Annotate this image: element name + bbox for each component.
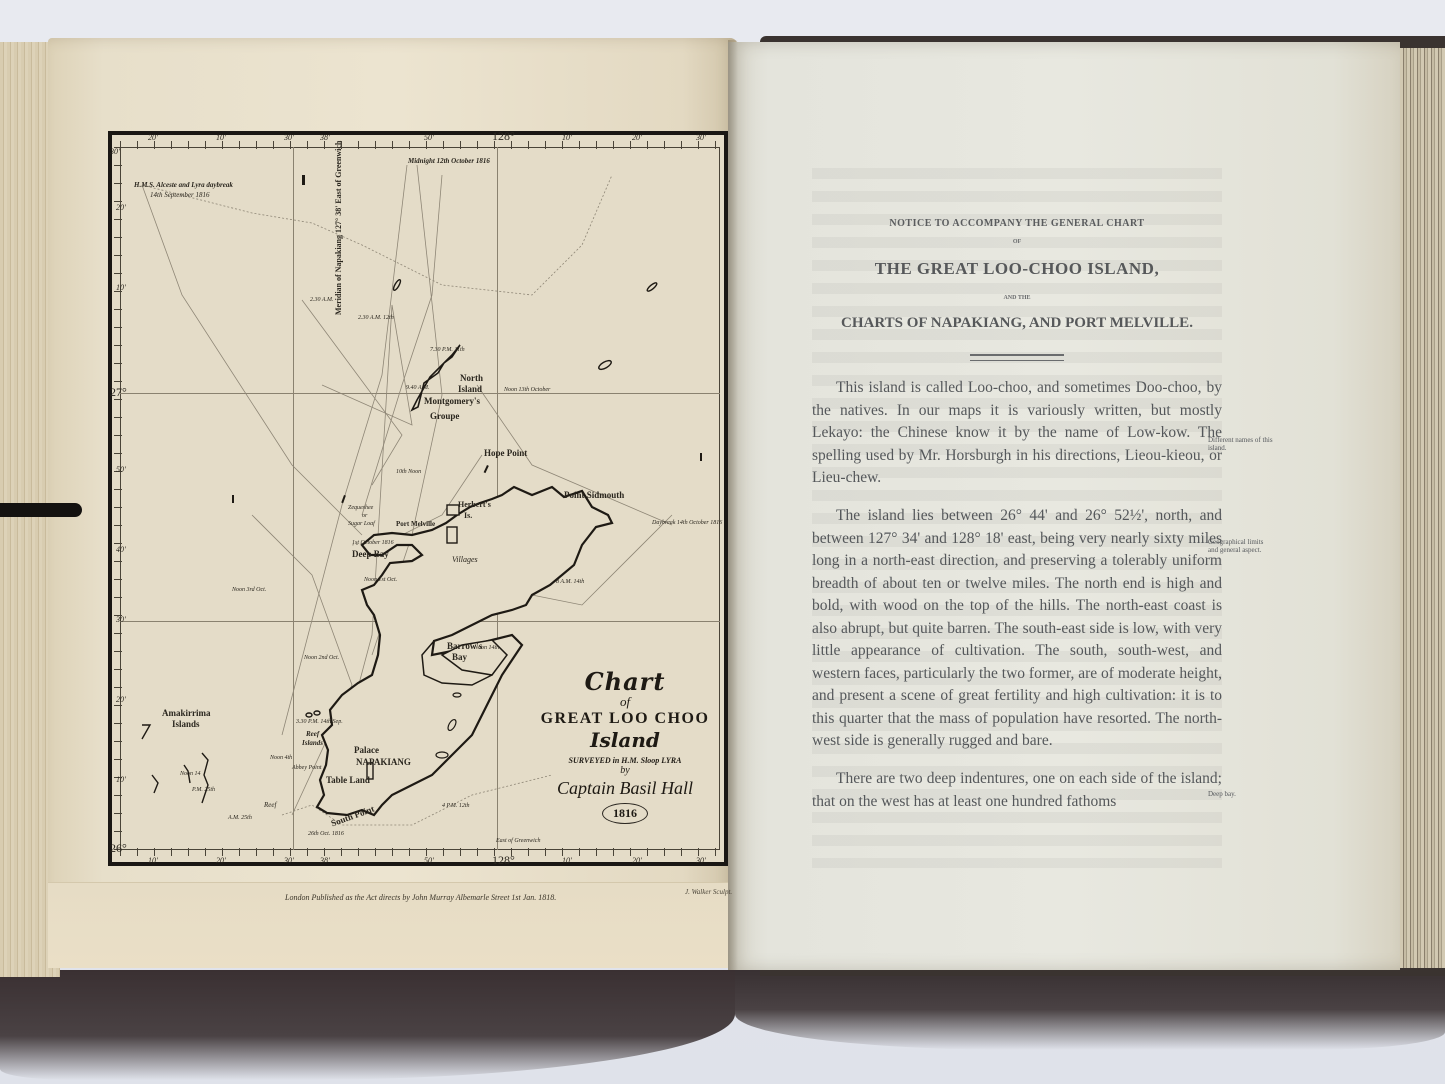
map-label-reef-islands: Reef	[306, 730, 319, 738]
map-label: Noon 3rd Oct.	[232, 587, 266, 593]
book-shadow-left	[0, 970, 735, 1080]
cartouche-chart: Chart	[530, 667, 720, 696]
map-label: 9.40 A.M.	[406, 385, 430, 391]
cartouche-title: GREAT LOO CHOO	[530, 710, 720, 728]
map-label: 14th September 1816	[150, 191, 210, 199]
title-rule	[970, 354, 1064, 361]
map-label: 8 A.M. 14th	[556, 579, 584, 585]
map-label-deep-bay: Deep Bay	[352, 549, 389, 559]
map-label: East of Greenwich	[496, 838, 540, 844]
map-label-amakirrima: Islands	[172, 719, 200, 729]
map-label-barrows-bay: Bay	[452, 652, 467, 662]
map-label-north-island: Island	[458, 384, 482, 394]
map-label: 1st October 1816	[352, 540, 394, 546]
map-label: Is.	[464, 511, 472, 520]
heading-of: OF	[812, 239, 1222, 245]
chart-map: 20' 10' 30' 38' 50' 128° 10' 20' 30' 10'…	[108, 131, 728, 866]
map-label-montgomery: Montgomery's	[424, 396, 480, 406]
map-label-reef: Reef	[264, 801, 276, 809]
publisher-imprint: London Published as the Act directs by J…	[285, 893, 556, 902]
map-label: Abbey Point	[292, 765, 322, 771]
body-paragraph: This island is called Loo-choo, and some…	[812, 377, 1222, 490]
map-label: or	[362, 513, 367, 519]
map-label: Sugar Loaf	[348, 521, 375, 527]
cartouche-island: Island	[530, 728, 720, 752]
map-label: Midnight 12th October 1816	[408, 157, 490, 165]
map-label: 26th Oct. 1816	[308, 831, 344, 837]
book-gutter	[728, 40, 738, 970]
map-label-table-land: Table Land	[326, 775, 370, 785]
notice-heading: NOTICE TO ACCOMPANY THE GENERAL CHART	[812, 218, 1222, 229]
body-paragraph: The island lies between 26° 44' and 26° …	[812, 505, 1222, 753]
map-label-port-melville: Port Melville	[396, 520, 435, 528]
map-label: Noon 14	[180, 771, 201, 777]
cartouche-of: of	[530, 694, 720, 710]
engraver-credit: J. Walker Sculpt.	[685, 888, 732, 896]
main-title: THE GREAT LOO-CHOO ISLAND,	[812, 259, 1222, 279]
sidenote: Geographical limits and general aspect.	[1208, 538, 1273, 554]
map-label: Noon 4th	[270, 755, 292, 761]
map-label: A.M. 25th	[228, 815, 252, 821]
map-label: 4 P.M. 12th	[442, 803, 470, 809]
map-label-meridian: Meridian of Napakiang 127° 38' East of G…	[334, 145, 343, 315]
map-label: Noon 1st Oct.	[364, 577, 397, 583]
map-label: 10th Noon	[396, 469, 421, 475]
map-label: Noon 13th October	[504, 387, 550, 393]
sidenote: Deep bay.	[1208, 790, 1273, 798]
map-label-reef-islands: Islands	[302, 739, 323, 747]
map-label: 7.30 P.M. 11th	[430, 347, 465, 353]
map-label-villages: Villages	[452, 555, 478, 564]
map-label: Zequeshee	[348, 505, 373, 511]
map-label: 3.30 P.M. 14th Sep.	[296, 719, 343, 725]
map-label: 2.30 A.M. 12th	[358, 315, 394, 321]
map-label-napakiang: NAPAKIANG	[356, 757, 411, 767]
cartouche-by: by	[530, 765, 720, 776]
chart-cartouche: Chart of GREAT LOO CHOO Island SURVEYED …	[530, 667, 720, 824]
right-page-text: NOTICE TO ACCOMPANY THE GENERAL CHART OF…	[812, 218, 1222, 829]
map-label: Noon 14th	[474, 645, 499, 651]
cartouche-surveyed: SURVEYED in H.M. Sloop LYRA	[530, 756, 720, 765]
map-label-palace: Palace	[354, 745, 379, 755]
map-label: Daybreak 14th October 1816	[652, 520, 722, 526]
map-label-north-island: North	[460, 373, 483, 383]
map-label: P.M. 25th	[192, 787, 215, 793]
map-label-point-sidmouth: Point Sidmouth	[564, 490, 624, 500]
map-label-amakirrima: Amakirrima	[162, 708, 211, 718]
heading-and-the: AND THE	[812, 295, 1222, 301]
subtitle: CHARTS OF NAPAKIANG, AND PORT MELVILLE.	[812, 315, 1222, 332]
map-label: Noon 2nd Oct.	[304, 655, 339, 661]
cartouche-captain: Captain Basil Hall	[530, 778, 720, 799]
sidenote: Different names of this island.	[1208, 436, 1273, 452]
cartouche-year: 1816	[602, 803, 648, 824]
body-paragraph: There are two deep indentures, one on ea…	[812, 768, 1222, 813]
map-label-herberts: Herbert's	[458, 500, 491, 509]
map-label: 2.30 A.M.	[310, 297, 334, 303]
bookmark-ribbon	[0, 503, 82, 517]
map-label-groupe: Groupe	[430, 411, 459, 421]
map-label: H.M.S. Alceste and Lyra daybreak	[134, 181, 233, 189]
map-label-hope-point: Hope Point	[484, 448, 527, 458]
